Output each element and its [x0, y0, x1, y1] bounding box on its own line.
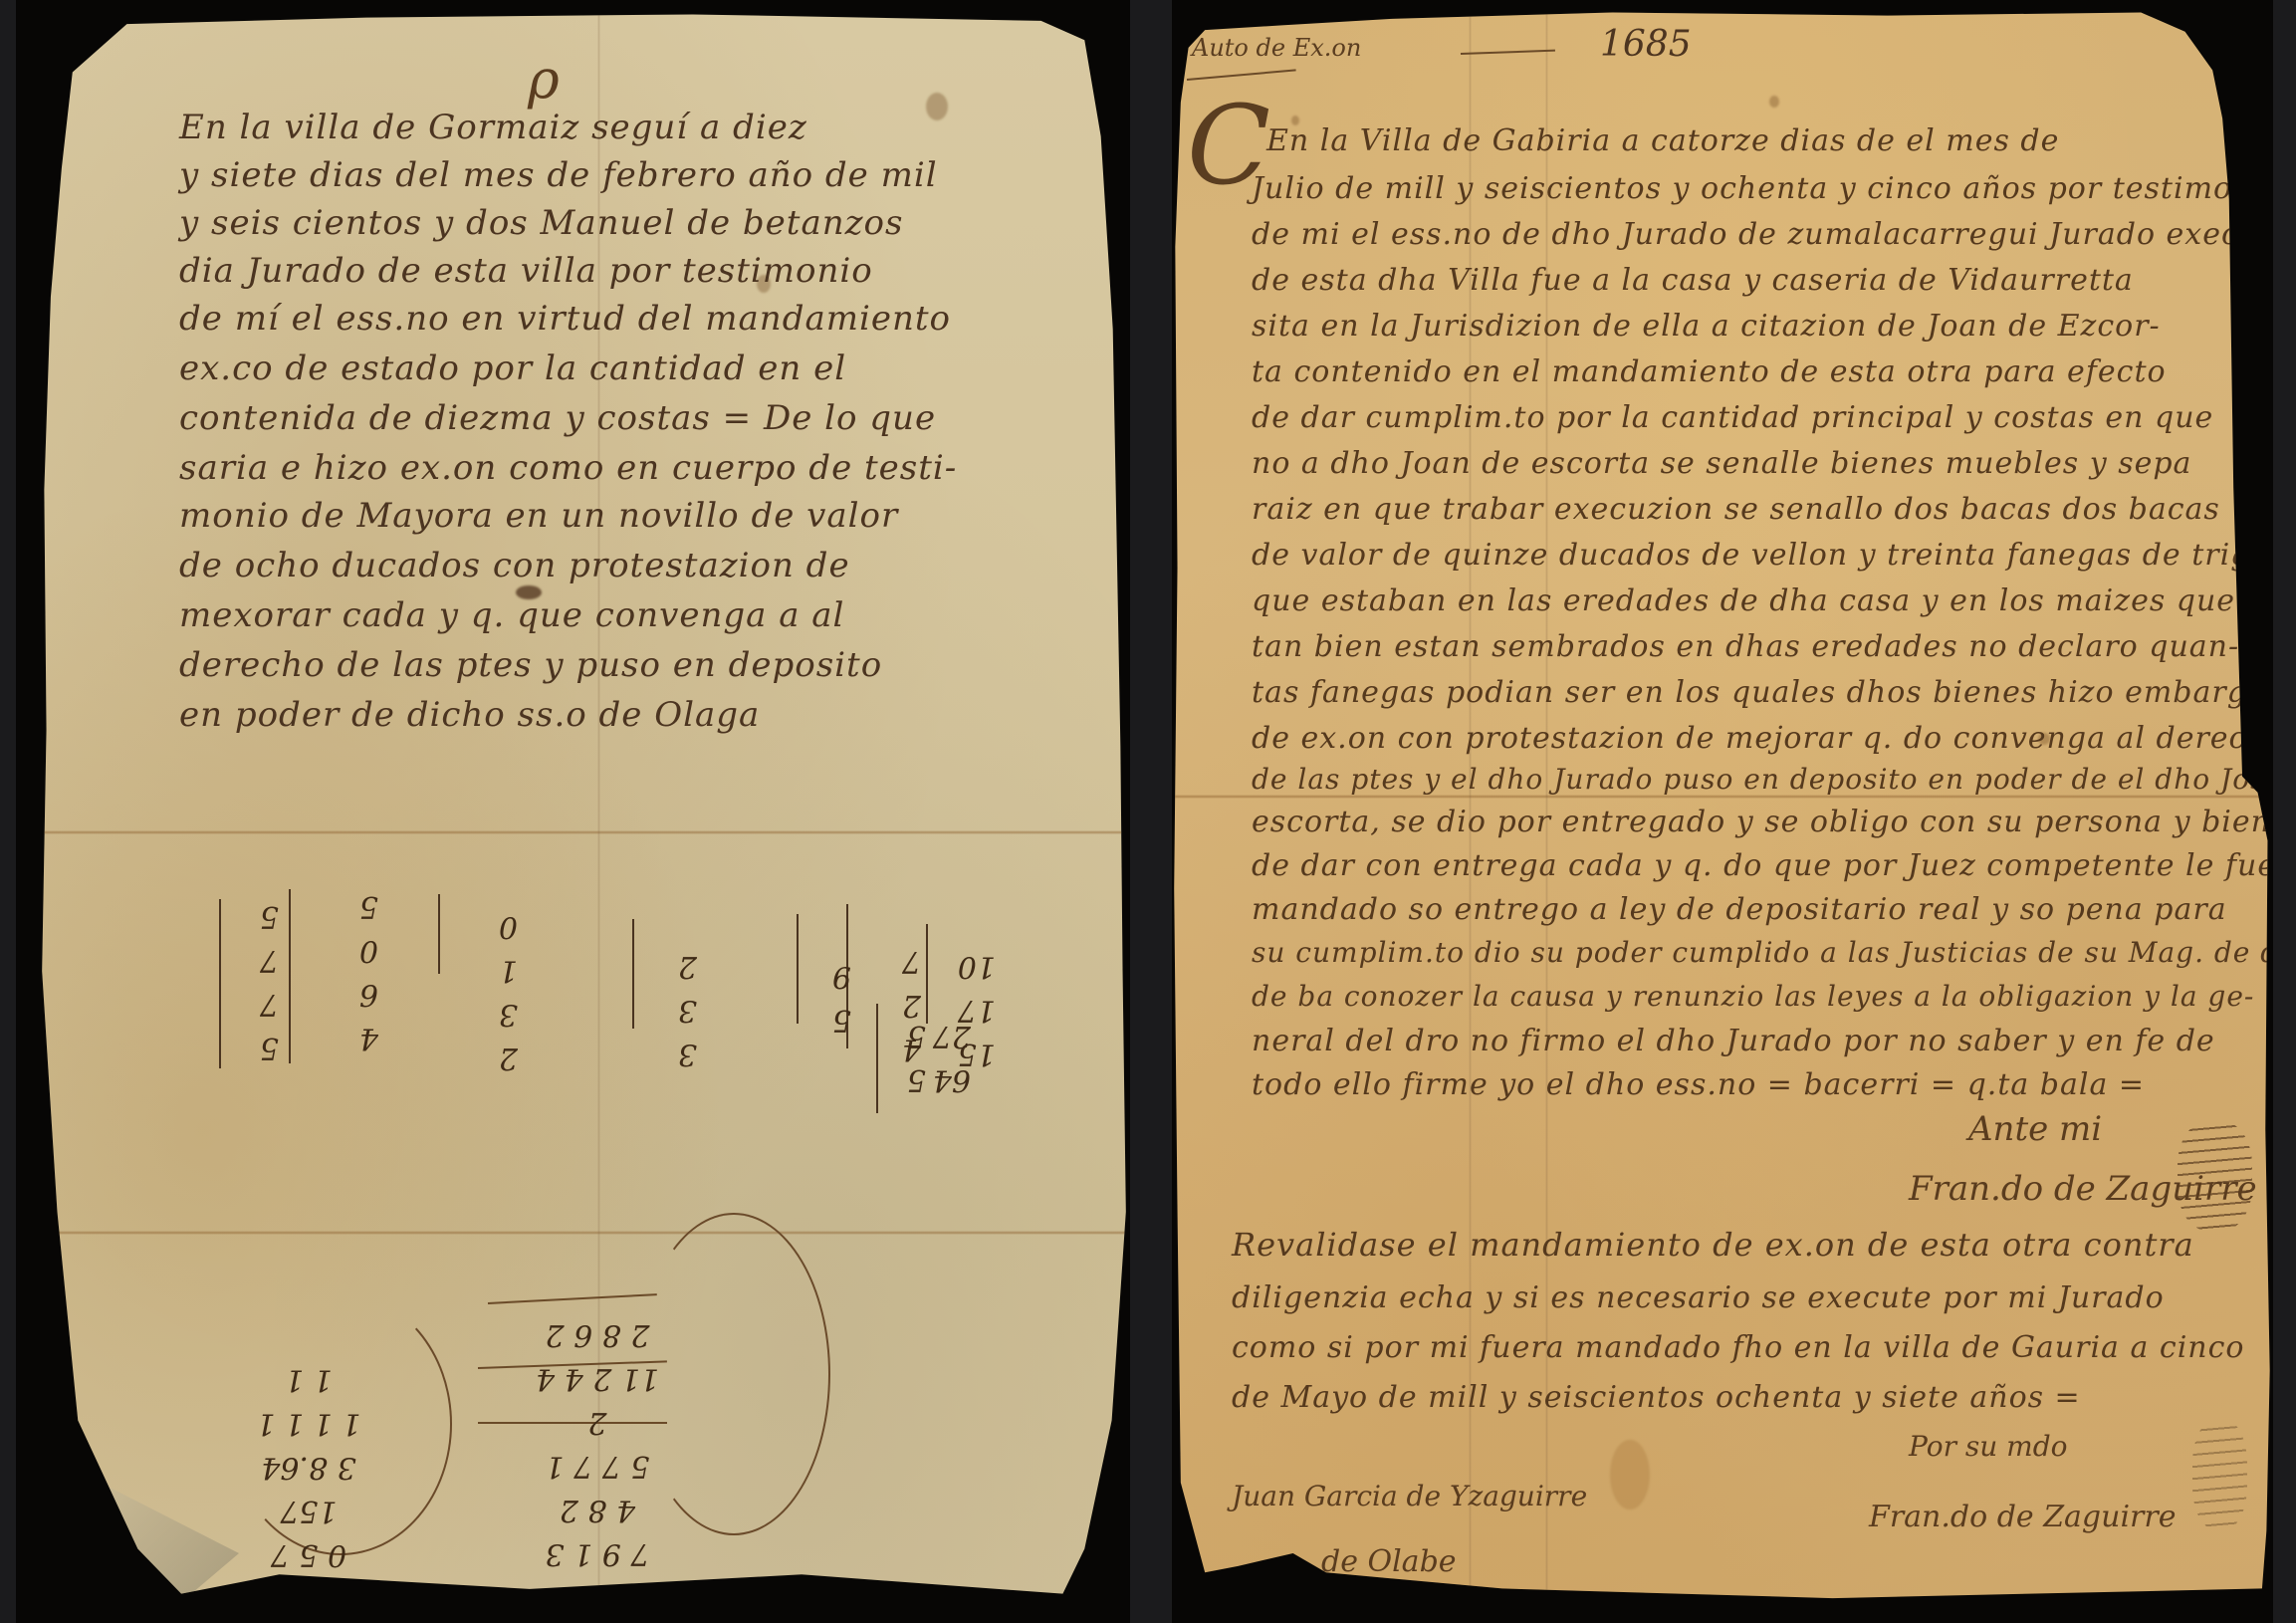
text-line-second-act: diligenzia echa y si es necesario se exe… [1232, 1280, 2165, 1315]
rubric-flourish [2192, 1420, 2247, 1529]
text-line: derecho de las ptes y puso en deposito [179, 645, 882, 685]
sum-line [488, 1293, 657, 1304]
text-line: de ba conozer la causa y renunzio las le… [1252, 980, 2254, 1013]
text-line: saria e hizo ex.on como en cuerpo de tes… [179, 448, 957, 488]
text-line: sita en la Jurisdizion de ella a citazio… [1252, 309, 2161, 344]
center-divider-strip [1130, 0, 1172, 1623]
text-line-second-act: de Mayo de mill y seiscientos ochenta y … [1232, 1380, 2081, 1415]
spot [1769, 96, 1779, 108]
text-line: de las ptes y el dho Jurado puso en depo… [1252, 763, 2273, 796]
text-line-second-act: Revalidase el mandamiento de ex.on de es… [1232, 1226, 2194, 1264]
header-note: Auto de Ex.on [1192, 34, 1361, 62]
right-edge-strip [2273, 0, 2296, 1623]
text-line-second-act: como si por mi fuera mandado fho en la v… [1232, 1330, 2244, 1365]
signature-witness-surname: de Olabe [1321, 1544, 1457, 1579]
text-line: su cumplim.to dio su poder cumplido a la… [1252, 936, 2273, 969]
tally-column: 59 [811, 954, 851, 1042]
text-line: Julio de mill y seiscientos y ochenta y … [1252, 171, 2273, 206]
header-dash [1461, 50, 1555, 55]
tally-rule [219, 899, 221, 1068]
tally-column: 5775 [239, 894, 279, 1069]
text-line: de dar cumplim.to por la cantidad princi… [1252, 400, 2213, 435]
signature-witness: Juan Garcia de Yzaguirre [1232, 1480, 1587, 1512]
text-line: y siete dias del mes de febrero año de m… [179, 155, 938, 195]
text-line: monio de Mayora en un novillo de valor [179, 496, 898, 536]
text-line: ex.co de estado por la cantidad en el [179, 348, 846, 388]
header-underline [1187, 69, 1296, 81]
text-line: y seis cientos y dos Manuel de betanzos [179, 203, 903, 243]
tally-column: 332 [657, 944, 697, 1075]
text-line: todo ello firme yo el dho ess.no = bacer… [1252, 1067, 2145, 1102]
text-line: escorta, se dio por entregado y se oblig… [1252, 805, 2273, 839]
tally-column: 55 [886, 1014, 926, 1101]
text-line: ta contenido en el mandamiento de esta o… [1252, 354, 2167, 389]
text-line: de mi el ess.no de dho Jurado de zumalac… [1252, 217, 2273, 252]
text-line: dia Jurado de esta villa por testimonio [179, 251, 873, 291]
tally-rule [876, 1004, 878, 1113]
flourish-mark: ρ [528, 48, 560, 111]
tally-rule [289, 889, 291, 1063]
text-line: de dar con entrega cada y q. do que por … [1252, 848, 2273, 883]
text-line: de ocho ducados con protestazion de [179, 546, 850, 585]
text-line: contenida de diezma y costas = De lo que [179, 398, 936, 438]
tally-column: 4605 [339, 884, 378, 1059]
text-line: que estaban en las eredades de dha casa … [1252, 583, 2235, 618]
text-line: raiz en que trabar execuzion se senallo … [1252, 492, 2220, 527]
left-manuscript-page: ρ En la villa de Gormaiz seguí a diez y … [40, 8, 1128, 1613]
text-line: neral del dro no firmo el dho Jurado por… [1252, 1024, 2215, 1058]
signature-ante-mi: Ante mi [1968, 1109, 2102, 1149]
text-line: En la Villa de Gabiria a catorze dias de… [1266, 123, 2059, 158]
tally-column: 6427 [931, 1014, 971, 1101]
text-line: tas fanegas podian ser en los quales dho… [1252, 675, 2266, 710]
text-line: no a dho Joan de escorta se senalle bien… [1252, 446, 2191, 481]
rubric-flourish [2178, 1121, 2252, 1231]
tally-rule [438, 894, 440, 974]
fold-line-lower [40, 1231, 1128, 1235]
arithmetic-group-b: 0 1 0 7 9 1 3 4 8 2 5 7 7 1 2 11 2 4 4 2… [478, 1312, 717, 1613]
year-note: 1685 [1600, 24, 1692, 65]
text-line: mandado so entrego a ley de depositario … [1252, 892, 2227, 927]
text-line: en poder de dicho ss.o de Olaga [179, 695, 760, 735]
tally-rule [797, 914, 799, 1024]
text-line: de ex.on con protestazion de mejorar q. … [1252, 721, 2273, 756]
tally-column: 2310 [478, 904, 518, 1079]
text-line: de mí el ess.no en virtud del mandamient… [179, 299, 951, 339]
water-stain [1610, 1440, 1650, 1509]
text-line: de valor de quinze ducados de vellon y t… [1252, 538, 2269, 573]
tally-rule [632, 919, 634, 1029]
arithmetic-group-a: 3 8 0 0 5 7 157 3 8.64 1 1 1 1 1 1 [179, 1357, 438, 1613]
text-line: mexorar cada y q. que convenga a al [179, 595, 844, 635]
signature-por-su-mdo: Por su mdo [1909, 1430, 2067, 1463]
tally-rule [926, 924, 928, 1024]
text-line: tan bien estan sembrados en dhas eredade… [1252, 629, 2239, 664]
left-edge-strip [0, 0, 16, 1623]
text-line: de esta dha Villa fue a la casa y caseri… [1252, 263, 2134, 298]
fold-line-upper [40, 830, 1128, 834]
ink-stain [926, 93, 948, 120]
right-manuscript-page: Auto de Ex.on 1685 C En la Villa de Gabi… [1172, 6, 2273, 1611]
text-line: En la villa de Gormaiz seguí a diez [179, 108, 807, 147]
signature-name: Fran.do de Zaguirre [1869, 1500, 2176, 1534]
